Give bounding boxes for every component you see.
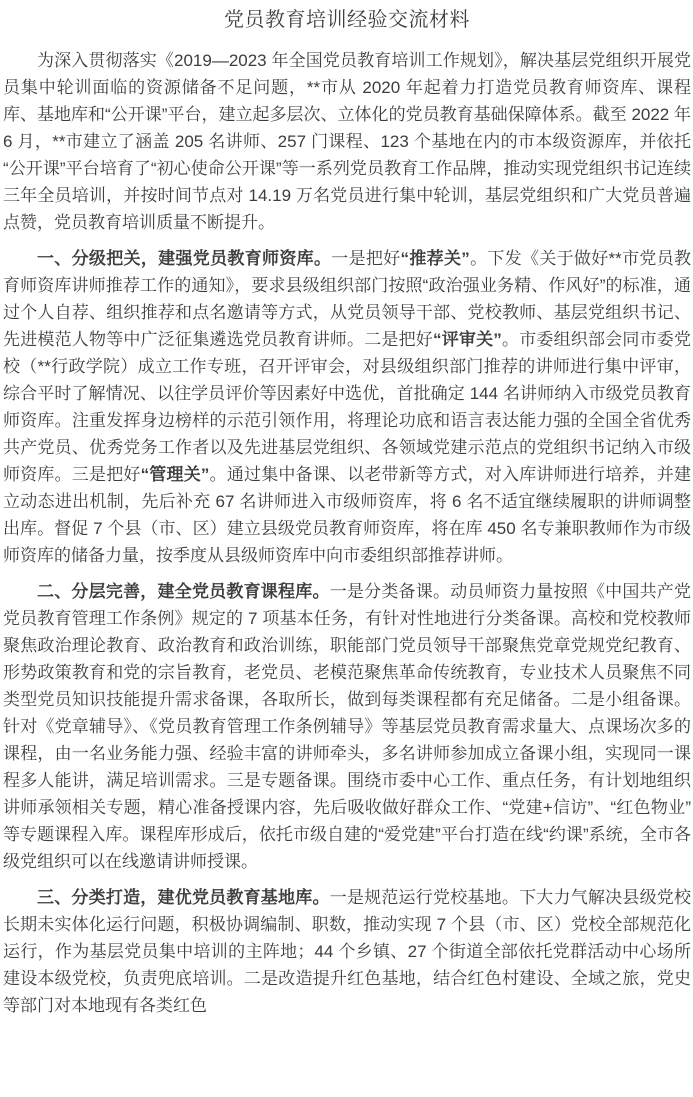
text-segment: 一是规范运行党校基地。下大力气解决县级党校长期未实体化运行问题，积极协调编制、职… xyxy=(3,888,691,1015)
text-segment: 一是把好 xyxy=(331,249,400,268)
text-segment: 。市委组织部会同市委党校（**行政学院）成立工作专班，召开评审会，对县级组织部门… xyxy=(3,330,691,484)
document-body: 为深入贯彻落实《2019—2023 年全国党员教育培训工作规划》，解决基层党组织… xyxy=(3,47,691,1019)
paragraph: 二、分层完善，建全党员教育课程库。一是分类备课。动员师资力量按照《中国共产党党员… xyxy=(3,578,691,875)
text-segment: 一是分类备课。动员师资力量按照《中国共产党党员教育管理工作条例》规定的 7 项基… xyxy=(3,582,691,871)
document-title: 党员教育培训经验交流材料 xyxy=(3,6,691,34)
paragraph: 三、分类打造，建优党员教育基地库。一是规范运行党校基地。下大力气解决县级党校长期… xyxy=(3,884,691,1019)
bold-text-segment: “管理关” xyxy=(141,465,210,484)
paragraph: 为深入贯彻落实《2019—2023 年全国党员教育培训工作规划》，解决基层党组织… xyxy=(3,47,691,236)
bold-text-segment: “推荐关” xyxy=(401,249,470,268)
document-page: 党员教育培训经验交流材料 为深入贯彻落实《2019—2023 年全国党员教育培训… xyxy=(0,0,693,1019)
bold-text-segment: 三、分类打造，建优党员教育基地库。 xyxy=(37,888,330,907)
bold-text-segment: “评审关” xyxy=(433,330,502,349)
text-segment: 为深入贯彻落实《2019—2023 年全国党员教育培训工作规划》，解决基层党组织… xyxy=(3,51,691,232)
bold-text-segment: 二、分层完善，建全党员教育课程库。 xyxy=(37,582,330,601)
paragraph: 一、分级把关，建强党员教育师资库。一是把好“推荐关”。下发《关于做好**市党员教… xyxy=(3,245,691,569)
bold-text-segment: 一、分级把关，建强党员教育师资库。 xyxy=(37,249,331,268)
